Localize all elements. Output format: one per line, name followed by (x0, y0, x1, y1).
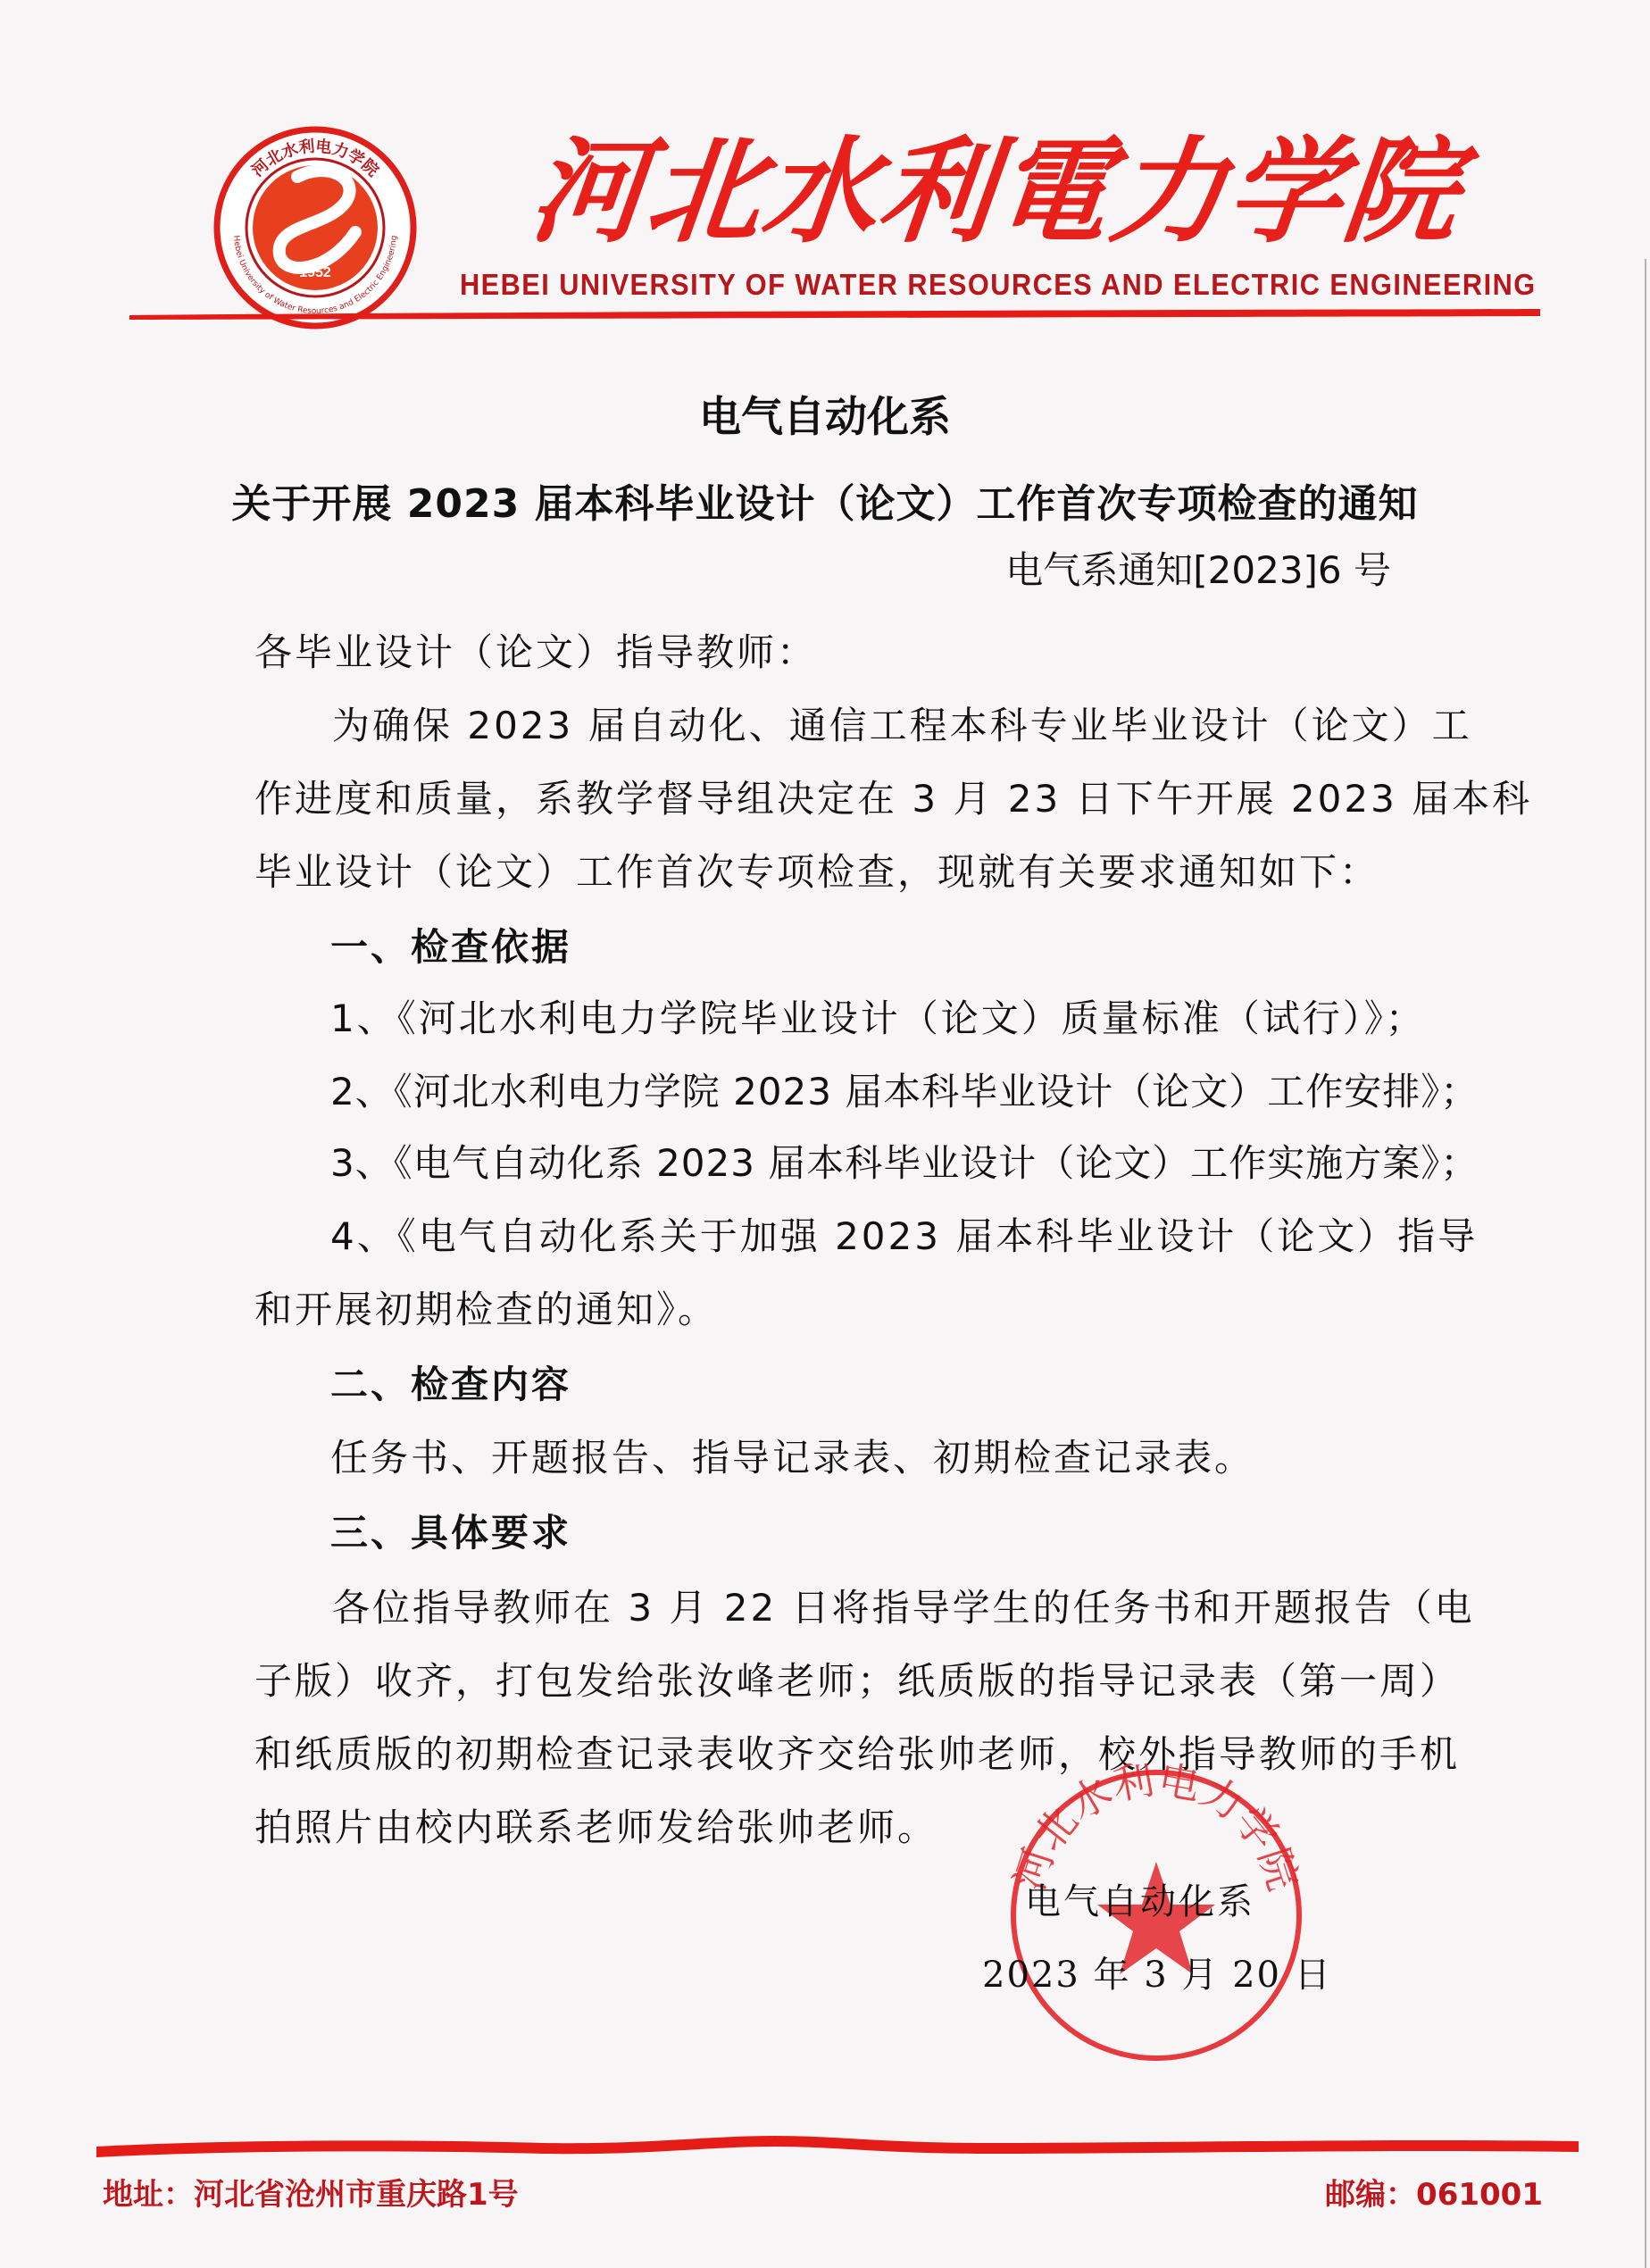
university-logo-icon: 1952 河北水利电力学院 Hebei University of Water … (212, 125, 418, 330)
signature-date: 2023 年 3 月 20 日 (982, 1947, 1332, 1997)
intro-line: 作进度和质量，系教学督导组决定在 3 月 23 日下午开展 2023 届本科 (254, 770, 1532, 823)
school-name-en: HEBEI UNIVERSITY OF WATER RESOURCES AND … (460, 268, 1381, 302)
section-line: 3、《电气自动化系 2023 届本科毕业设计（论文）工作实施方案》； (330, 1134, 1479, 1188)
section-line: 各位指导教师在 3 月 22 日将指导学生的任务书和开题报告（电 (332, 1579, 1475, 1632)
intro-line: 为确保 2023 届自动化、通信工程本科专业毕业设计（论文）工 (332, 696, 1472, 750)
section-line: 子版）收齐，打包发给张汝峰老师；纸质版的指导记录表（第一周） (254, 1652, 1460, 1705)
footer-postcode: 邮编：061001 (1325, 2170, 1543, 2214)
section-line: 拍照片由校内联系老师发给张帅老师。 (254, 1798, 937, 1852)
paper-edge (1645, 259, 1646, 2268)
footer-address: 地址：河北省沧州市重庆路1号 (103, 2170, 519, 2214)
salutation: 各毕业设计（论文）指导教师： (254, 623, 817, 677)
footer-divider (96, 2134, 1579, 2157)
department-title: 电气自动化系 (0, 384, 1650, 444)
section-heading: 二、检查内容 (330, 1355, 571, 1409)
section-line: 1、《河北水利电力学院毕业设计（论文）质量标准（试行）》； (330, 989, 1426, 1043)
notice-title: 关于开展 2023 届本科毕业设计（论文）工作首次专项检查的通知 (0, 471, 1650, 529)
section-line: 任务书、开题报告、指导记录表、初期检查记录表。 (330, 1429, 1254, 1482)
section-heading: 一、检查依据 (330, 918, 571, 971)
signature-department: 电气自动化系 (1025, 1873, 1255, 1924)
header-divider (129, 307, 1540, 320)
document-number: 电气系通知[2023]6 号 (1005, 541, 1391, 595)
svg-text:1952: 1952 (299, 265, 331, 280)
section-line: 和纸质版的初期检查记录表收齐交给张帅老师，校外指导教师的手机 (254, 1725, 1460, 1779)
section-line: 和开展初期检查的通知》。 (254, 1280, 718, 1334)
intro-line: 毕业设计（论文）工作首次专项检查，现就有关要求通知如下： (254, 843, 1379, 896)
section-heading: 三、具体要求 (330, 1504, 571, 1557)
section-line: 4、《电气自动化系关于加强 2023 届本科毕业设计（论文）指导 (330, 1207, 1478, 1261)
section-line: 2、《河北水利电力学院 2023 届本科毕业设计（论文）工作安排》； (330, 1063, 1479, 1116)
school-name-cn: 河北水利電力学院 (524, 125, 1396, 259)
